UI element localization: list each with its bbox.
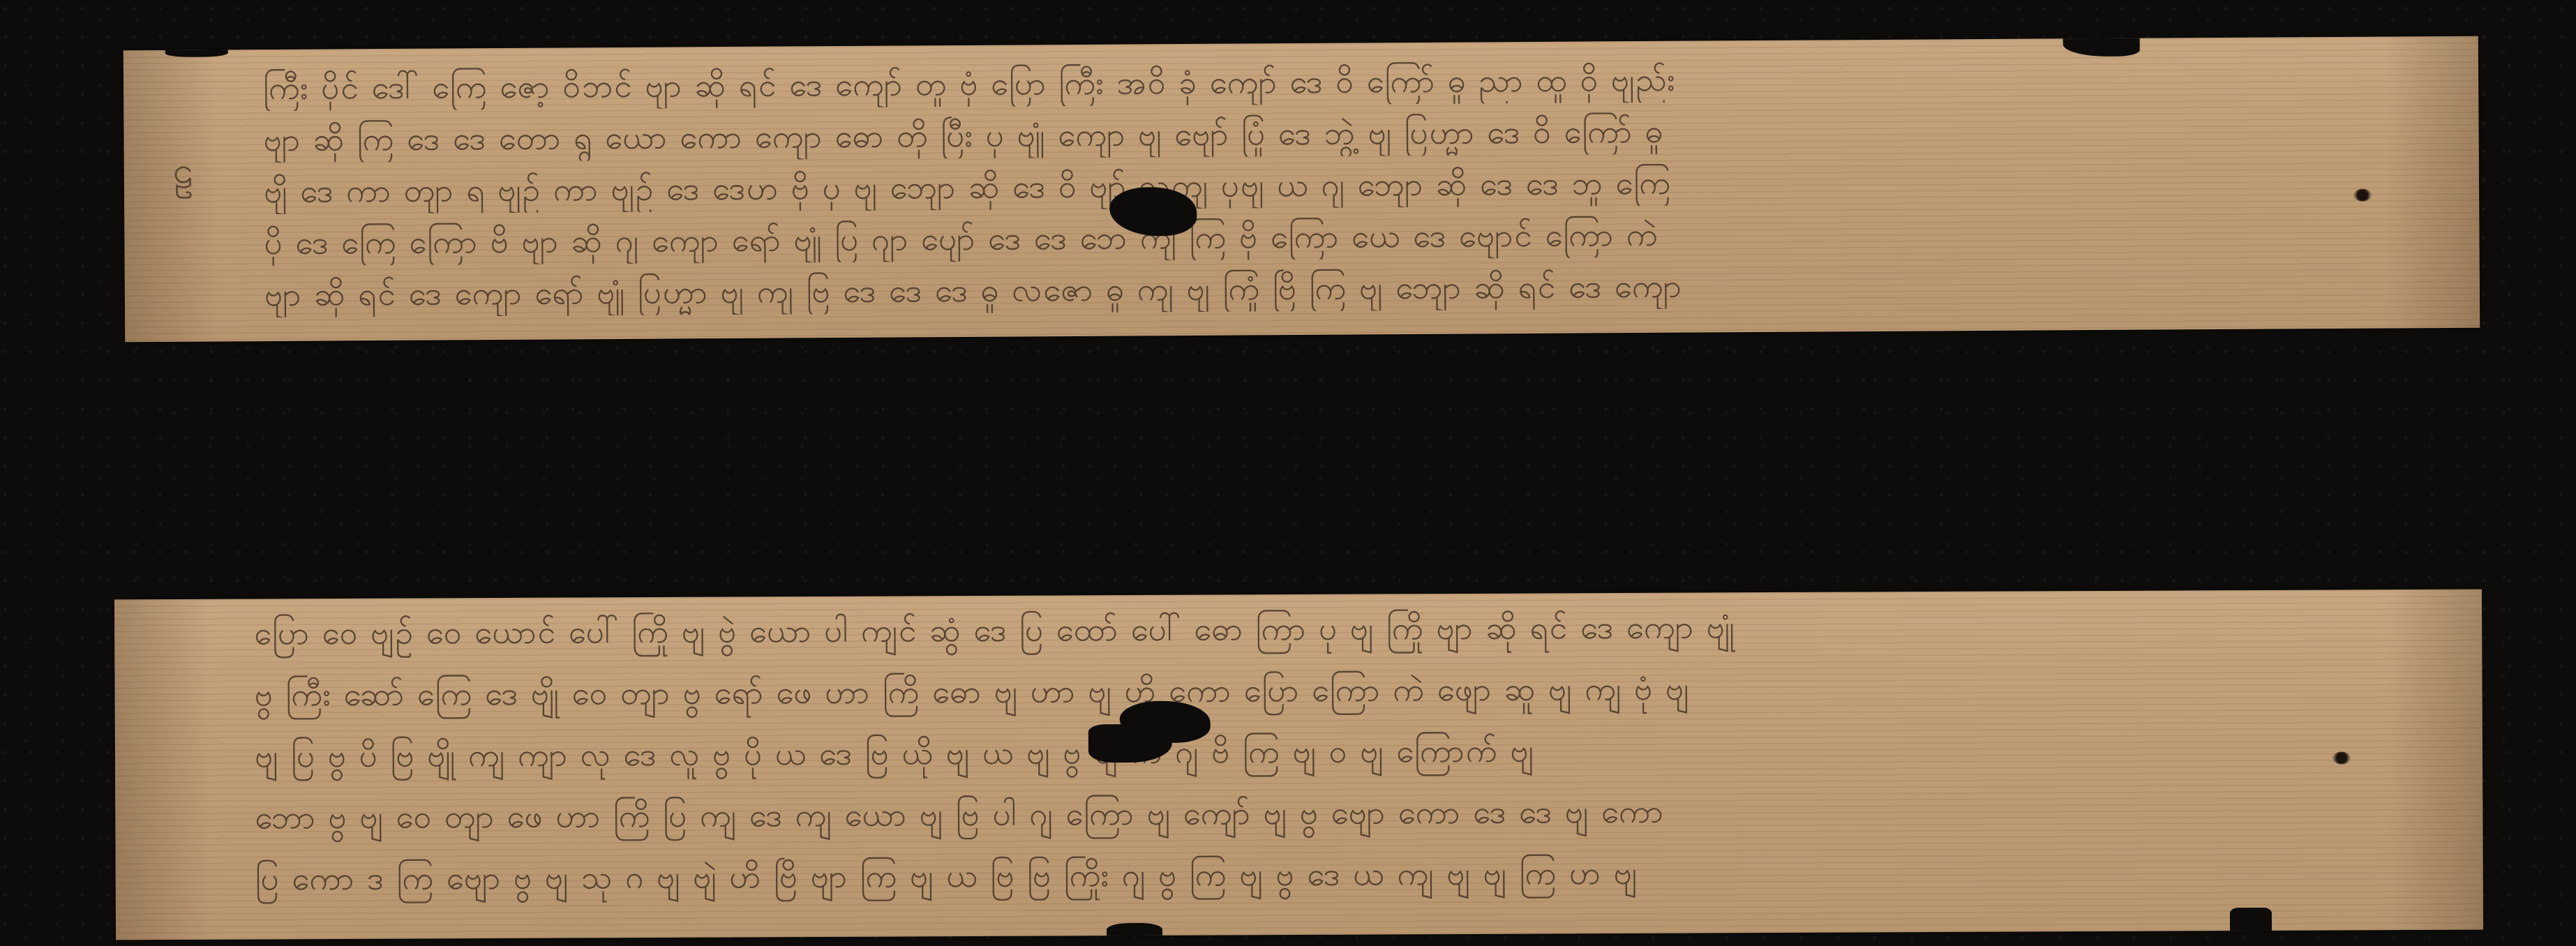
manuscript-line: ဗျာ ဆို ရင် ဒေ ကျော ရော် ဗျုံ ပြဟ္မာ ဗျ … — [264, 259, 2333, 317]
manuscript-line: ဗျိ ဒေ ကာ တျာ ရ ဗျဉ် ကာ ဗျဉ် ဒေ ဒေဟ ဗို … — [264, 156, 2332, 214]
damaged-edge — [2230, 908, 2272, 936]
damaged-edge — [165, 47, 228, 57]
manuscript-line: ဗျာ ဆို ကြ ဒေ ဒေ တော ရွ ယော ကော ကျော ဓော… — [263, 104, 2332, 163]
damaged-edge — [1107, 923, 1162, 940]
palm-leaf-bottom: ပြော ဝေ ဗျဉ် ဝေ ယောင် ပေါ် ကြို ဗျ ဗွဲ ယ… — [114, 590, 2483, 940]
text-block: ကြီး ပိုင် ဒေါ် ကြေ ဇော့ ဝိဘင် ဗျာ ဆို ရ… — [263, 52, 2333, 329]
damage-hole — [1088, 724, 1172, 763]
manuscript-line: ပို ဒေ ကြေ ကြော ဗိ ဗျာ ဆို ဂျ ကျော ရော် … — [264, 207, 2332, 266]
manuscript-line: ပြော ဝေ ဗျဉ် ဝေ ယောင် ပေါ် ကြို ဗျ ဗွဲ ယ… — [254, 597, 2335, 661]
manuscript-line: ဗျ ပြ ဗွ ပိ ဗြ ဗျို ကျ ကျာ လု ဒေ လူ ဗွ ပ… — [255, 720, 2336, 783]
manuscript-line: ပြ ကော ဒ ကြ ဗျော ဗွ ဗျ သု ဂ ဗျ ဗျဲ ဟိ ဗြ… — [255, 843, 2337, 906]
manuscript-line: ဗွ ကြီး ဆော် ကြေ ဒေ ဗျို ဝေ တျာ ဗွ ရော် … — [254, 659, 2335, 722]
binding-hole — [2332, 751, 2351, 764]
manuscript-line: ကြီး ပိုင် ဒေါ် ကြေ ဇော့ ဝိဘင် ဗျာ ဆို ရ… — [263, 52, 2332, 111]
palm-leaf-top: ဠ ကြီး ပိုင် ဒေါ် ကြေ ဇော့ ဝိဘင် ဗျာ ဆို… — [123, 36, 2480, 343]
folio-number: ဠ — [173, 148, 194, 201]
binding-hole — [2353, 189, 2372, 202]
text-block: ပြော ဝေ ဗျဉ် ဝေ ယောင် ပေါ် ကြို ဗျ ဗွဲ ယ… — [254, 597, 2337, 927]
manuscript-line: ဘော ဗွ ဗျ ဝေ တျာ ဖေ ဟာ ကြိ ပြ ကျ ဒေ ကျ ယ… — [255, 781, 2336, 845]
